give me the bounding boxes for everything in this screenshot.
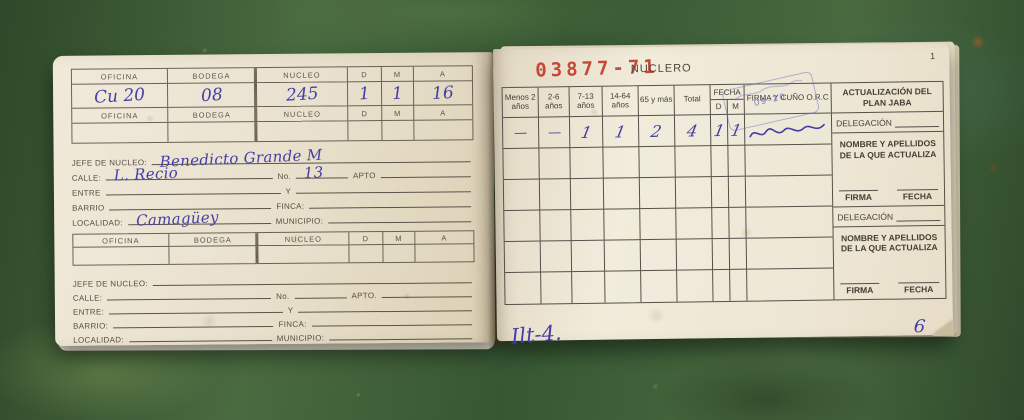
delegacion-label: DELEGACIÓN: [836, 118, 892, 129]
registry-value-cell: [254, 121, 348, 141]
census-cell: [540, 179, 571, 210]
form-label: BARRIO:: [73, 321, 108, 330]
firma-label: FIRMA: [839, 189, 878, 202]
census-cell: [605, 240, 641, 271]
form-line: [296, 191, 471, 194]
census-row-filled: — — 1 1 2 4 1 1: [503, 113, 831, 149]
form-line: [312, 324, 472, 326]
form-label: LOCALIDAD:: [73, 335, 124, 344]
form-label: BARRIO: [72, 203, 105, 212]
registry-table-top: OFICINA BODEGA NUCLEO D M A Cu 20 08 245…: [71, 65, 474, 144]
delegacion-row: DELEGACIÓN: [832, 112, 943, 134]
form-line: Camagüey: [128, 223, 271, 225]
census-header-cell: Total: [675, 85, 711, 115]
handwritten-value: L. Recio: [114, 166, 179, 184]
form-line: [309, 206, 471, 208]
census-cell: 1: [603, 116, 639, 147]
signature-scribble: [747, 118, 827, 143]
right-page-header: 03877-71 NUCLERO 1: [501, 55, 941, 85]
fecha-subheaders: D M: [711, 100, 744, 114]
form-label: CALLE:: [73, 294, 102, 303]
census-header-cell: 2-6 años: [539, 87, 570, 117]
nombre-label: NOMBRE Y APELLIDOS DE LA QUE ACTUALIZA: [838, 231, 941, 254]
registry-header-cell: NUCLEO: [254, 67, 348, 83]
right-page: 03877-71 NUCLERO 1 Menos 2 años 2-6 años…: [493, 43, 953, 341]
form-line: [295, 297, 347, 298]
registry-header-cell: M: [383, 232, 415, 245]
form-line: [129, 340, 272, 342]
handwritten-value: 1: [579, 122, 593, 141]
census-cell-d: [712, 208, 729, 239]
census-cell: [676, 177, 712, 208]
registry-header-cell: NUCLEO: [254, 106, 348, 122]
form-line: [329, 338, 472, 340]
census-cell: [641, 240, 677, 271]
registry-header-cell: NUCLEO: [255, 232, 349, 246]
registry-header-cell: A: [414, 66, 472, 82]
census-cell: [505, 242, 541, 273]
registry-value-cell: [72, 123, 168, 143]
handwritten-value: —: [513, 125, 529, 140]
registry-value-cell: [415, 244, 473, 262]
census-header-row: Menos 2 años 2-6 años 7-13 años 14-64 añ…: [503, 83, 831, 118]
census-cell: [676, 208, 712, 239]
photo-background: OFICINA BODEGA NUCLEO D M A Cu 20 08 245…: [0, 0, 1024, 420]
registry-header-cell: D: [348, 106, 382, 121]
census-cell: [639, 147, 675, 178]
form-line: [106, 193, 281, 196]
census-row-empty: [505, 237, 833, 273]
census-cell: [640, 178, 676, 209]
form-label: ENTRE:: [73, 307, 104, 316]
census-cell: [504, 211, 540, 242]
registry-value-cell: 08: [168, 83, 256, 108]
census-cell: [571, 210, 604, 241]
registry-value-cell: 1: [382, 82, 414, 106]
form-line: [382, 296, 472, 298]
form-line: [113, 326, 273, 328]
form-line: [896, 219, 940, 221]
page-number: 1: [930, 51, 935, 61]
delegacion-label: DELEGACIÓN: [837, 211, 893, 222]
census-cell: [605, 271, 641, 302]
registry-value-cell: [382, 121, 414, 140]
registry-header-cell: BODEGA: [168, 68, 256, 84]
form-line: L. Recio: [106, 178, 272, 180]
census-cell: [571, 179, 604, 210]
registry-header-cell: M: [382, 106, 414, 121]
handwritten-value: 13: [304, 165, 324, 181]
handwritten-value: 1: [614, 122, 628, 141]
fecha-label: FECHA: [898, 282, 939, 295]
form-label: MUNICIPIO:: [277, 334, 325, 343]
address-form-filled: JEFE DE NUCLEO: Benedicto Grande M CALLE…: [72, 149, 477, 228]
form-line: [298, 310, 472, 313]
census-cell: [641, 271, 677, 302]
census-cell-d: [712, 177, 729, 208]
census-cell: [572, 241, 605, 272]
census-cell: [541, 272, 572, 303]
census-cell-d: [713, 270, 730, 301]
census-cell: [570, 148, 603, 179]
registry-header-cell: OFICINA: [73, 234, 169, 248]
annotation-bottom-right: 6: [913, 316, 926, 338]
annotation-bottom-left: Ilt-4.: [510, 321, 562, 349]
registry-value-cell: [169, 246, 257, 264]
registry-header-cell: D: [349, 232, 383, 245]
form-label: Y: [285, 187, 291, 196]
census-cell-d: [713, 239, 730, 270]
handwritten-value: 4: [686, 121, 700, 140]
registry-value-cell: [348, 121, 382, 140]
firma-cell: [747, 237, 833, 269]
census-cell: [503, 149, 539, 180]
registry-header-cell: OFICINA: [72, 69, 168, 85]
census-cell-m: 1: [728, 115, 745, 146]
form-label: No.: [278, 172, 291, 181]
census-cell: [604, 178, 640, 209]
census-cell: [677, 239, 713, 270]
registry-value-cell: [73, 247, 169, 265]
form-row: LOCALIDAD: Camagüey MUNICIPIO:: [72, 209, 476, 228]
registry-header-cell: D: [348, 67, 382, 82]
form-line: [328, 221, 471, 223]
form-label: APTO: [353, 171, 376, 180]
census-row-empty: [504, 175, 832, 211]
form-row: LOCALIDAD: MUNICIPIO:: [73, 327, 477, 345]
delegacion-row: DELEGACIÓN: [833, 205, 944, 227]
form-label: No.: [276, 292, 289, 301]
registry-value-cell: [383, 245, 415, 262]
form-label: JEFE DE NUCLEO:: [73, 279, 148, 289]
census-cell: [603, 147, 639, 178]
update-panel: ACTUALIZACIÓN DEL PLAN JABA DELEGACIÓN N…: [830, 82, 945, 300]
fecha-sub-d: D: [711, 100, 728, 114]
form-label: FINCA:: [279, 320, 307, 329]
left-page: OFICINA BODEGA NUCLEO D M A Cu 20 08 245…: [53, 52, 496, 346]
firma-cell: [745, 113, 831, 145]
census-row-empty: [505, 268, 833, 304]
form-label: APTO.: [351, 291, 376, 300]
census-cell-m: [730, 270, 747, 301]
registry-value-cell: 16: [414, 81, 472, 106]
census-header-cell: 7-13 años: [570, 87, 603, 117]
census-cell: [505, 273, 541, 304]
firma-cell: [745, 144, 831, 176]
firma-fecha-row: FIRMA FECHA: [837, 188, 940, 201]
handwritten-value: 08: [200, 84, 223, 105]
census-cell: [640, 209, 676, 240]
fecha-label: FECHA: [711, 85, 744, 100]
firma-cell: [747, 268, 833, 300]
census-columns: Menos 2 años 2-6 años 7-13 años 14-64 añ…: [503, 83, 834, 304]
fecha-sub-m: M: [727, 100, 744, 114]
firma-header-cell: FIRMA Y CUÑO O.R.C: [745, 83, 831, 114]
form-label: CALLE:: [72, 174, 101, 183]
form-label: Y: [288, 306, 294, 315]
census-cell-d: 1: [711, 115, 728, 146]
registry-header-cell: BODEGA: [169, 233, 257, 247]
fecha-label: FECHA: [897, 188, 938, 201]
census-cell: [539, 148, 570, 179]
panel-title: ACTUALIZACIÓN DEL PLAN JABA: [831, 82, 942, 114]
registry-value-cell: 1: [348, 82, 382, 106]
census-cell-m: [730, 239, 747, 270]
handwritten-value: 1: [359, 83, 371, 104]
census-cell: 2: [639, 116, 675, 147]
registry-header-cell: M: [382, 67, 414, 82]
registry-header-cell: BODEGA: [168, 107, 256, 123]
census-row-empty: [503, 144, 831, 180]
nombre-label: NOMBRE Y APELLIDOS DE LA QUE ACTUALIZA: [836, 138, 939, 161]
census-table: Menos 2 años 2-6 años 7-13 años 14-64 añ…: [502, 81, 947, 305]
form-line: [895, 126, 939, 128]
firma-fecha-row: FIRMA FECHA: [838, 282, 941, 295]
census-cell: [675, 146, 711, 177]
registry-value-cell: 245: [254, 82, 348, 107]
census-cell-m: [729, 177, 746, 208]
census-cell: [572, 272, 605, 303]
handwritten-value: Cu 20: [94, 84, 146, 107]
actualiza-section: NOMBRE Y APELLIDOS DE LA QUE ACTUALIZA F…: [832, 132, 944, 207]
actualiza-section: NOMBRE Y APELLIDOS DE LA QUE ACTUALIZA F…: [833, 225, 945, 299]
census-cell: [504, 180, 540, 211]
form-label: MUNICIPIO:: [276, 217, 324, 226]
handwritten-value: 1: [392, 83, 404, 104]
handwritten-value: Camagüey: [135, 210, 218, 229]
registry-table-mid: OFICINA BODEGA NUCLEO D M A: [72, 230, 474, 266]
form-label: ENTRE: [72, 189, 101, 198]
census-cell: [604, 209, 640, 240]
census-row-empty: [504, 206, 832, 242]
firma-label: FIRMA: [840, 283, 879, 296]
census-header-cell: 65 y más: [639, 86, 675, 116]
census-cell: [541, 241, 572, 272]
form-line: [107, 298, 271, 300]
handwritten-value: 1: [729, 120, 743, 139]
census-cell: —: [503, 118, 539, 149]
handwritten-value: 245: [285, 83, 319, 105]
registry-value-cell: [255, 245, 349, 263]
census-cell: —: [539, 117, 570, 148]
folded-corner: [932, 320, 954, 336]
form-label: FINCA:: [276, 202, 304, 211]
census-cell-m: [729, 208, 746, 239]
fecha-header: FECHA D M: [711, 85, 745, 115]
registry-header-cell: OFICINA: [72, 108, 168, 124]
handwritten-value: —: [546, 125, 562, 140]
address-form-blank: JEFE DE NUCLEO: CALLE: No. APTO. ENTRE: …: [73, 271, 478, 345]
census-cell: 1: [570, 117, 603, 148]
form-line: [109, 312, 283, 315]
registry-value-cell: [414, 120, 472, 140]
census-cell-d: [711, 146, 728, 177]
census-header-cell: Menos 2 años: [503, 88, 539, 118]
registry-header-cell: A: [415, 231, 473, 245]
handwritten-value: 2: [650, 121, 664, 140]
registry-value-cell: [168, 122, 256, 142]
registry-value-cell: Cu 20: [72, 84, 168, 109]
census-header-cell: 14-64 años: [603, 86, 639, 116]
handwritten-value: 1: [712, 120, 726, 139]
firma-cell: [746, 175, 832, 207]
ration-booklet: OFICINA BODEGA NUCLEO D M A Cu 20 08 245…: [40, 28, 970, 358]
census-cell: [677, 270, 713, 301]
form-line: [381, 176, 471, 178]
form-line: 13: [296, 177, 348, 178]
census-cell: [540, 210, 571, 241]
census-cell-m: [728, 146, 745, 177]
registry-header-cell: A: [414, 105, 472, 121]
form-label: LOCALIDAD:: [72, 218, 123, 227]
handwritten-value: 16: [432, 82, 455, 103]
registry-value-cell: [349, 245, 383, 262]
census-cell: 4: [675, 115, 711, 146]
firma-cell: [746, 206, 832, 238]
